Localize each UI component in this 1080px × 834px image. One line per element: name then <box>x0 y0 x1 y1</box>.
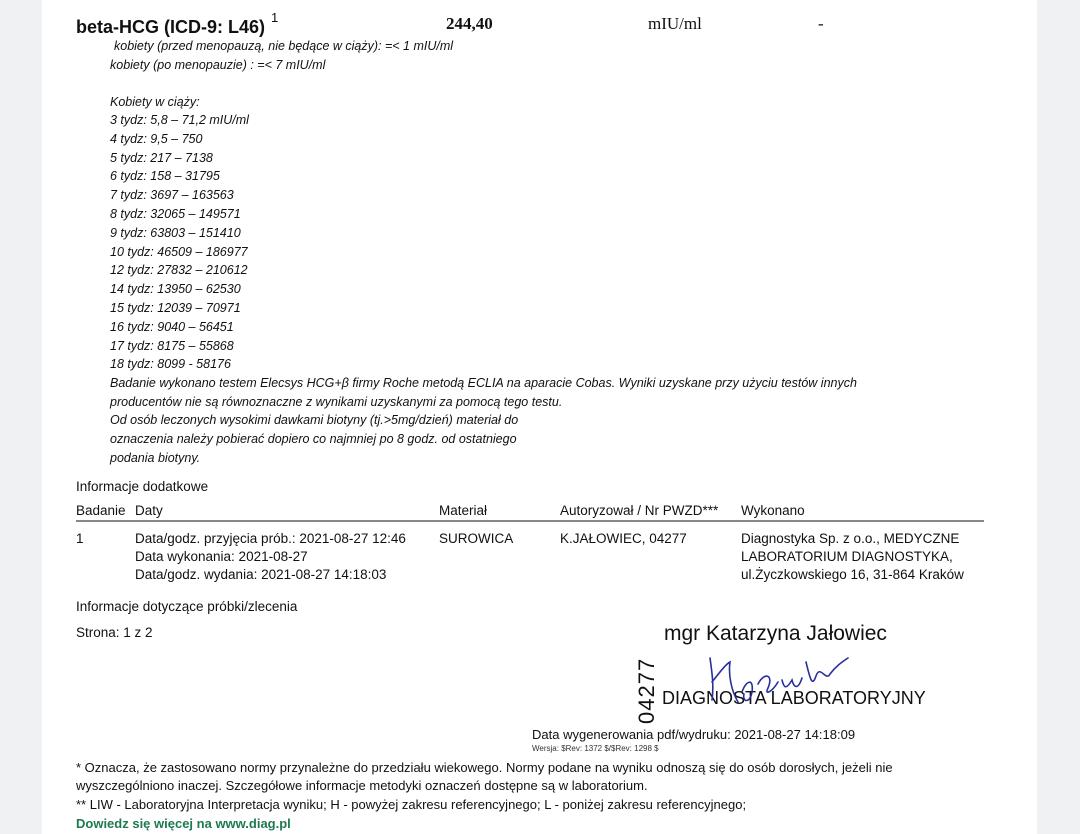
col-badanie: Badanie <box>76 502 135 521</box>
col-daty: Daty <box>135 502 439 521</box>
col-wykonano: Wykonano <box>741 502 984 521</box>
cell-daty: Data/godz. przyjęcia prób.: 2021-08-27 1… <box>135 521 439 584</box>
pregnant-range-item: 8 tydz: 32065 – 149571 <box>110 207 241 221</box>
pregnant-range-item: 14 tydz: 13950 – 62530 <box>110 282 241 296</box>
method-note-line: Od osób leczonych wysokimi dawkami bioty… <box>110 413 518 427</box>
method-note-line: podania biotyny. <box>110 451 200 465</box>
generated-date: Data wygenerowania pdf/wydruku: 2021-08-… <box>532 727 855 742</box>
ref-non-pregnant: kobiety (przed menopauzą, nie będące w c… <box>114 39 453 53</box>
pregnant-range-item: 17 tydz: 8175 – 55868 <box>110 339 234 353</box>
footnote-line: wyszczególniono inaczej. Szczegółowe inf… <box>76 778 648 793</box>
pregnant-range-item: 7 tydz: 3697 – 163563 <box>110 188 234 202</box>
pregnant-range-item: 10 tydz: 46509 – 186977 <box>110 245 248 259</box>
additional-info-heading: Informacje dodatkowe <box>76 479 208 494</box>
lab-name-line: LABORATORIUM DIAGNOSTYKA, <box>741 548 984 566</box>
cell-badanie: 1 <box>76 521 135 584</box>
method-note-line: Badanie wykonano testem Elecsys HCG+β fi… <box>110 376 857 390</box>
method-note-line: producentów nie są równoznaczne z wynika… <box>110 395 562 409</box>
ref-postmenopause: kobiety (po menopauzie) : =< 7 mIU/ml <box>110 58 325 72</box>
cell-material: SUROWICA <box>439 521 560 584</box>
result-unit: mIU/ml <box>648 14 702 34</box>
pregnant-range-item: 12 tydz: 27832 – 210612 <box>110 263 248 277</box>
date-issued: Data/godz. wydania: 2021-08-27 14:18:03 <box>135 566 439 584</box>
result-flag: - <box>818 14 824 34</box>
table-row: 1 Data/godz. przyjęcia prób.: 2021-08-27… <box>76 521 984 584</box>
date-performed: Data wykonania: 2021-08-27 <box>135 548 439 566</box>
diag-website-link[interactable]: Dowiedz się więcej na www.diag.pl <box>76 816 291 831</box>
col-autoryzowal: Autoryzował / Nr PWZD*** <box>560 502 741 521</box>
additional-info-table: Badanie Daty Materiał Autoryzował / Nr P… <box>76 502 984 584</box>
method-note-line: oznaczenia należy pobierać dopiero co na… <box>110 432 517 446</box>
footnote-mark: 1 <box>271 10 278 25</box>
version-info: Wersja: $Rev: 1372 $/$Rev: 1298 $ <box>532 744 659 753</box>
pregnant-range-item: 9 tydz: 63803 – 151410 <box>110 226 241 240</box>
stamp-number: 04277 <box>634 658 660 724</box>
ref-pregnant-header: Kobiety w ciąży: <box>110 95 200 109</box>
test-name: beta-HCG (ICD-9: L46)1 <box>76 14 278 38</box>
stamp-name: mgr Katarzyna Jałowiec <box>664 622 887 646</box>
pregnant-range-item: 4 tydz: 9,5 – 750 <box>110 132 202 146</box>
pregnant-range-item: 15 tydz: 12039 – 70971 <box>110 301 241 315</box>
footnote-line: ** LIW - Laboratoryjna Interpretacja wyn… <box>76 797 746 812</box>
pregnant-range-item: 3 tydz: 5,8 – 71,2 mIU/ml <box>110 113 249 127</box>
col-material: Materiał <box>439 502 560 521</box>
footnote-line: * Oznacza, że zastosowano normy przynale… <box>76 760 893 775</box>
lab-address-line: ul.Życzkowskiego 16, 31-864 Kraków <box>741 566 984 584</box>
result-value: 244,40 <box>446 14 493 34</box>
page-number: Strona: 1 z 2 <box>76 625 153 640</box>
sample-info-heading: Informacje dotyczące próbki/zlecenia <box>76 599 297 614</box>
pregnant-range-item: 6 tydz: 158 – 31795 <box>110 169 220 183</box>
pregnant-range-item: 18 tydz: 8099 - 58176 <box>110 357 231 371</box>
lab-report-page: beta-HCG (ICD-9: L46)1 244,40 mIU/ml - k… <box>42 0 1037 834</box>
cell-wykonano: Diagnostyka Sp. z o.o., MEDYCZNE LABORAT… <box>741 521 984 584</box>
pregnant-range-item: 16 tydz: 9040 – 56451 <box>110 320 234 334</box>
pregnant-range-item: 5 tydz: 217 – 7138 <box>110 151 213 165</box>
table-header-row: Badanie Daty Materiał Autoryzował / Nr P… <box>76 502 984 521</box>
lab-name-line: Diagnostyka Sp. z o.o., MEDYCZNE <box>741 530 984 548</box>
handwritten-signature-icon <box>702 652 852 712</box>
date-received: Data/godz. przyjęcia prób.: 2021-08-27 1… <box>135 530 439 548</box>
cell-autoryzowal: K.JAŁOWIEC, 04277 <box>560 521 741 584</box>
